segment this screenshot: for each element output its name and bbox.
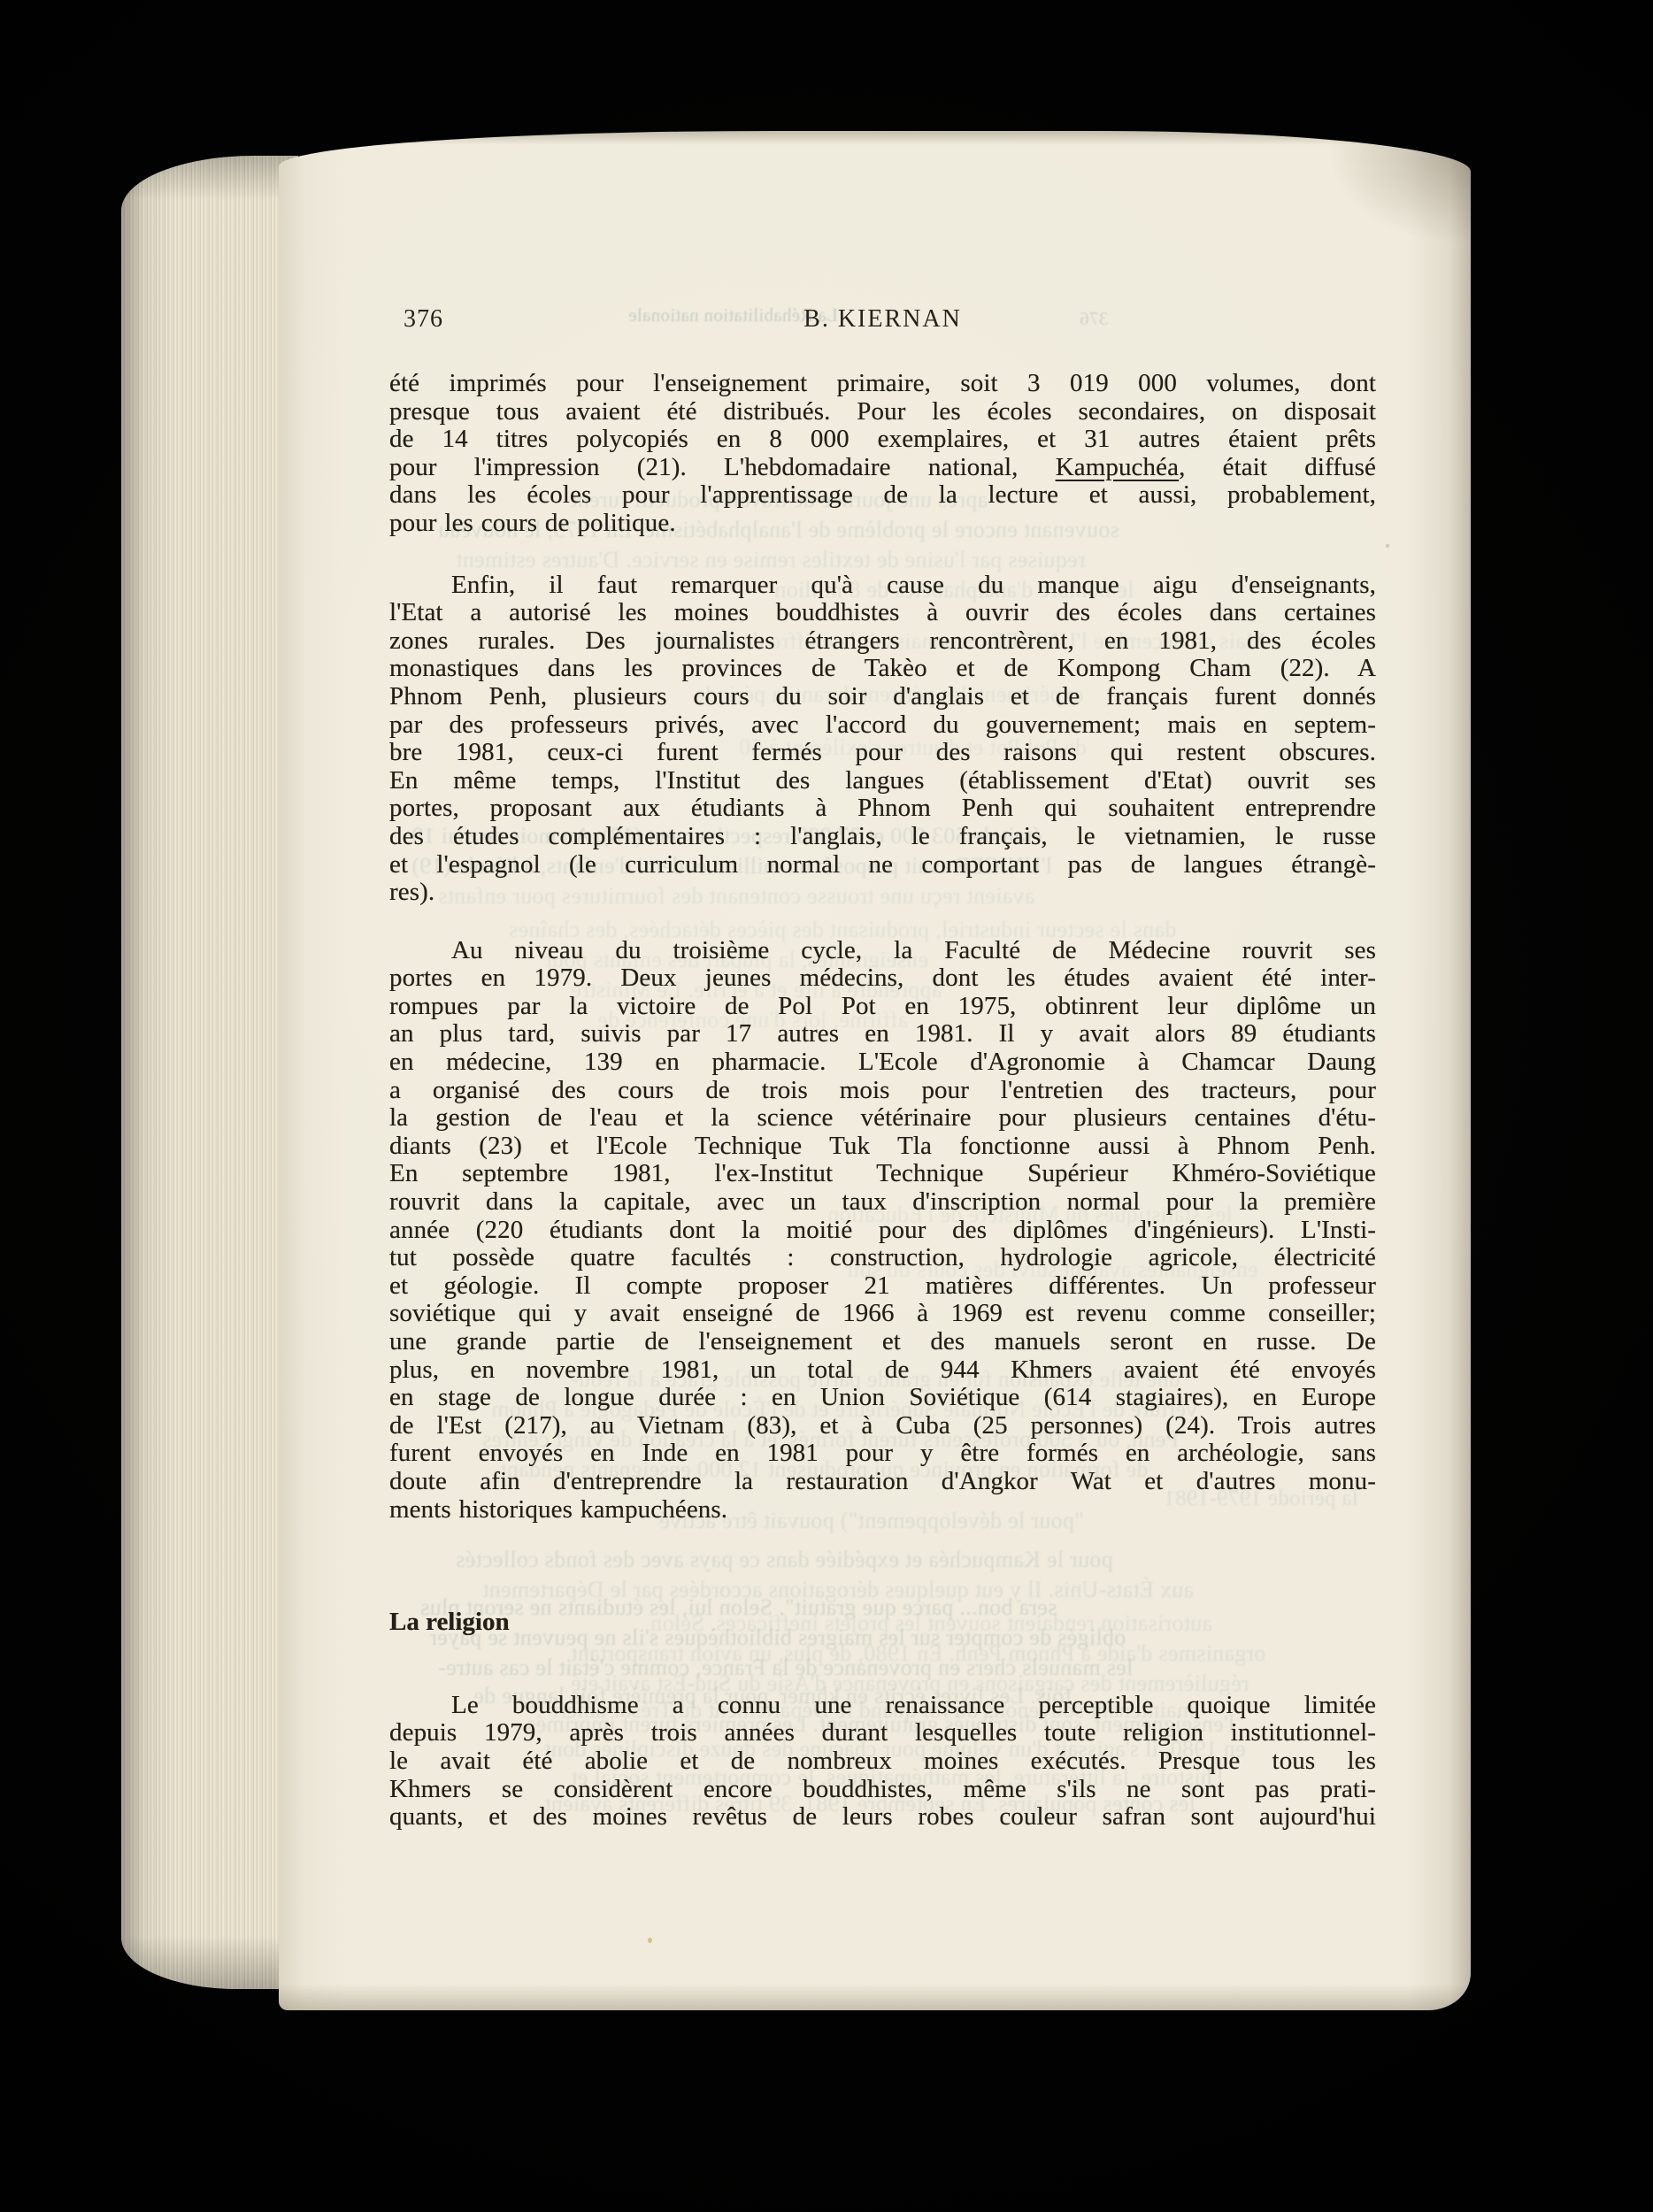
- text-line: diants (23) et l'Ecole Technique Tuk Tla…: [389, 1133, 1376, 1161]
- text-line: soviétique qui y avait enseigné de 1966 …: [389, 1300, 1376, 1328]
- text-line: depuis 1979, après trois années durant l…: [389, 1719, 1376, 1747]
- paper-speck: [648, 1938, 652, 1943]
- text-line: Enfin, il faut remarquer qu'à cause du m…: [389, 572, 1376, 600]
- text-line: zones rurales. Des journalistes étranger…: [389, 627, 1376, 656]
- text-line: plus, en novembre 1981, un total de 944 …: [389, 1356, 1376, 1385]
- photo-background: { "header": { "page_number": "376", "run…: [0, 0, 1653, 2212]
- text-line: et géologie. Il compte proposer 21 matiè…: [389, 1272, 1376, 1301]
- text-line: a organisé des cours de trois mois pour …: [389, 1077, 1376, 1105]
- text-line: quants, et des moines revêtus de leurs r…: [389, 1803, 1376, 1832]
- text-line: monastiques dans les provinces de Takèo …: [389, 655, 1376, 683]
- text-line: en stage de longue durée : en Union Sovi…: [389, 1384, 1376, 1412]
- page-edges-stack: [121, 156, 298, 1989]
- text-line: bre 1981, ceux-ci furent fermés pour des…: [389, 739, 1376, 767]
- text-line: En septembre 1981, l'ex-Institut Techniq…: [389, 1160, 1376, 1188]
- text-line: Khmers se considèrent encore bouddhistes…: [389, 1776, 1376, 1804]
- text-line: Le bouddhisme a connu une renaissance pe…: [389, 1692, 1376, 1720]
- text-line: par des professeurs privés, avec l'accor…: [389, 711, 1376, 740]
- text-line: et l'espagnol (le curriculum normal ne c…: [389, 851, 1376, 879]
- text-line: pour l'impression (21). L'hebdomadaire n…: [389, 454, 1376, 482]
- text-line: été imprimés pour l'enseignement primair…: [389, 370, 1376, 398]
- book: La Réhabilitation nationale376après une …: [111, 131, 1471, 2010]
- text-line: rouvrit dans la capitale, avec un taux d…: [389, 1188, 1376, 1217]
- paragraph: Enfin, il faut remarquer qu'à cause du m…: [389, 572, 1376, 907]
- text-line: furent envoyés en Inde en 1981 pour y êt…: [389, 1440, 1376, 1468]
- section-heading: La religion: [389, 1609, 1376, 1637]
- page-header: 376 B. KIERNAN: [389, 305, 1376, 334]
- text-line: ments historiques kampuchéens.: [389, 1496, 1376, 1525]
- text-line: en médecine, 139 en pharmacie. L'Ecole d…: [389, 1048, 1376, 1077]
- text-line: de l'Est (217), au Vietnam (83), et à Cu…: [389, 1412, 1376, 1440]
- underlined-title: Kampuchéa: [1056, 453, 1179, 481]
- text-line: Au niveau du troisième cycle, la Faculté…: [389, 937, 1376, 965]
- paragraph: été imprimés pour l'enseignement primair…: [389, 370, 1376, 538]
- text-line: Phnom Penh, plusieurs cours du soir d'an…: [389, 683, 1376, 711]
- text-line: des études complémentaires : l'anglais, …: [389, 823, 1376, 851]
- page-number: 376: [404, 305, 443, 333]
- text-line: l'Etat a autorisé les moines bouddhistes…: [389, 599, 1376, 627]
- text-line: de 14 titres polycopiés en 8 000 exempla…: [389, 426, 1376, 454]
- text-line: une grande partie de l'enseignement et d…: [389, 1328, 1376, 1356]
- book-page: La Réhabilitation nationale376après une …: [279, 131, 1471, 2010]
- text-line: res).: [389, 879, 1376, 907]
- text-line: dans les écoles pour l'apprentissage de …: [389, 481, 1376, 510]
- text-column: été imprimés pour l'enseignement primair…: [389, 370, 1376, 1832]
- text-line: tut possède quatre facultés : constructi…: [389, 1244, 1376, 1272]
- text-line: pour les cours de politique.: [389, 510, 1376, 538]
- text-line: doute afin d'entreprendre la restauratio…: [389, 1468, 1376, 1496]
- paragraph: Au niveau du troisième cycle, la Faculté…: [389, 937, 1376, 1524]
- text-line: an plus tard, suivis par 17 autres en 19…: [389, 1020, 1376, 1048]
- text-line: la gestion de l'eau et la science vétéri…: [389, 1104, 1376, 1133]
- text-line: rompues par la victoire de Pol Pot en 19…: [389, 993, 1376, 1021]
- text-line: portes en 1979. Deux jeunes médecins, do…: [389, 964, 1376, 993]
- paragraph: Le bouddhisme a connu une renaissance pe…: [389, 1692, 1376, 1832]
- text-line: le avait été abolie et de nombreux moine…: [389, 1747, 1376, 1776]
- text-line: portes, proposant aux étudiants à Phnom …: [389, 795, 1376, 823]
- text-line: En même temps, l'Institut des langues (é…: [389, 767, 1376, 795]
- running-head: B. KIERNAN: [803, 305, 962, 333]
- text-line: année (220 étudiants dont la moitié pour…: [389, 1217, 1376, 1245]
- text-line: presque tous avaient été distribués. Pou…: [389, 398, 1376, 426]
- paper-speck: [1386, 544, 1389, 548]
